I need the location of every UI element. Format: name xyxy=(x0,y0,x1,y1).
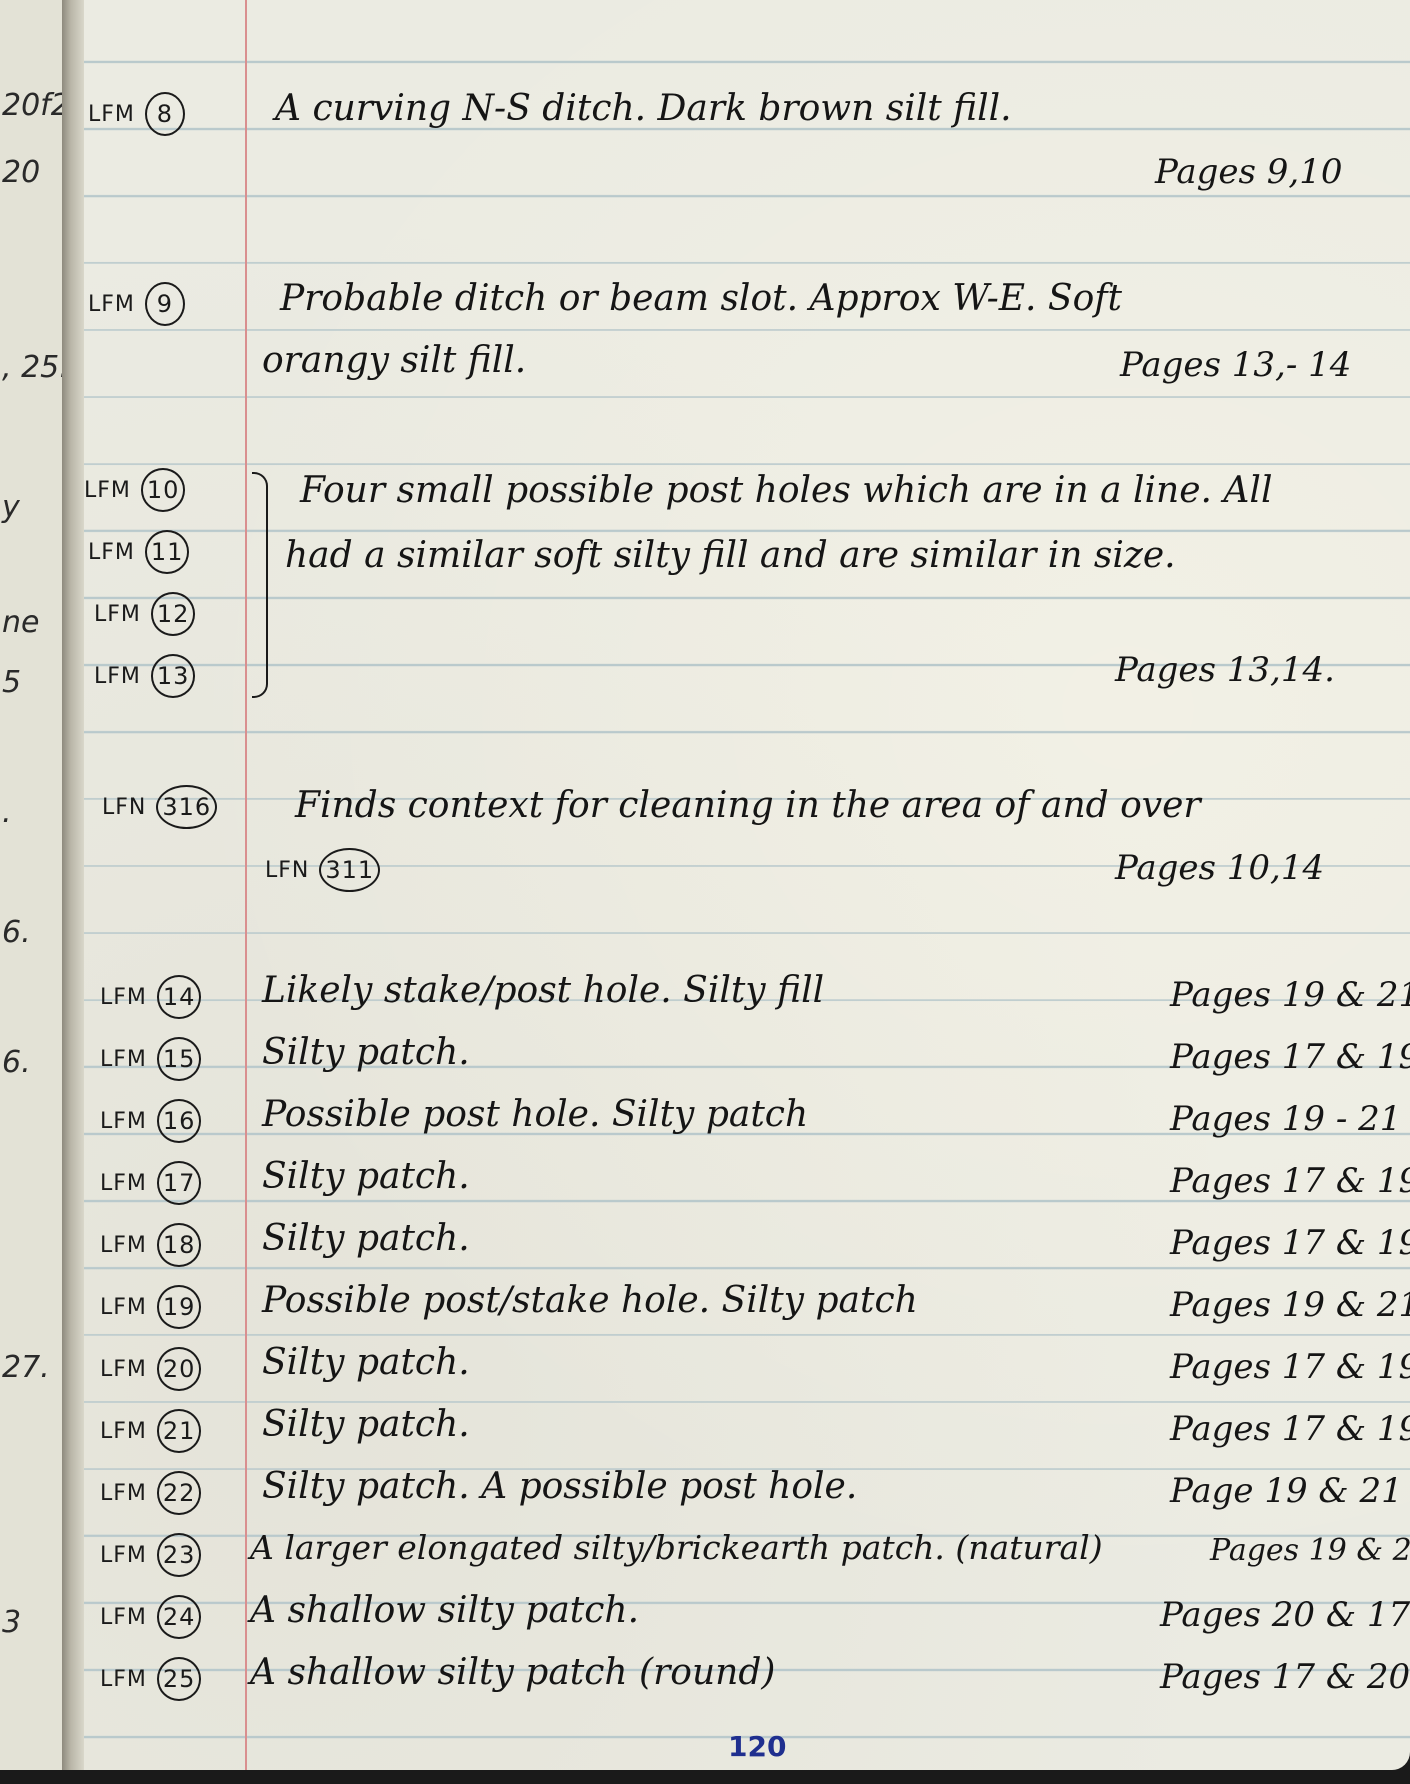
entry-pages: Pages 9,10 xyxy=(1155,152,1342,192)
entry-description: A larger elongated silty/brickearth patc… xyxy=(250,1528,1103,1567)
circled-number: 10 xyxy=(141,468,186,512)
circled-number: 23 xyxy=(157,1533,202,1577)
entry-pages: Pages 19 & 20 xyxy=(1210,1533,1410,1568)
circled-number: 16 xyxy=(157,1099,202,1143)
circled-number: 22 xyxy=(157,1471,202,1515)
notebook-page: 20f2 20 , 25. y ne 5 . 6. 6. 27. 3 LFM 8… xyxy=(0,0,1410,1770)
context-prefix: LFM xyxy=(94,602,141,627)
context-code: LFM 18 xyxy=(100,1223,201,1267)
previous-page-edge: 20f2 20 , 25. y ne 5 . 6. 6. 27. 3 xyxy=(0,0,68,1770)
circled-number: 311 xyxy=(319,848,380,892)
entry-description: A curving N-S ditch. Dark brown silt fil… xyxy=(275,88,1012,129)
context-prefix: LFM xyxy=(84,478,131,503)
context-code: LFM 22 xyxy=(100,1471,201,1515)
context-prefix: LFM xyxy=(100,1605,147,1630)
context-prefix: LFM xyxy=(100,1667,147,1692)
context-prefix: LFM xyxy=(100,1543,147,1568)
entry-pages: Pages 13,14. xyxy=(1115,650,1335,690)
bleed-text: 3 xyxy=(2,1605,21,1640)
circled-number: 8 xyxy=(145,92,185,136)
context-prefix: LFM xyxy=(100,1419,147,1444)
circled-number: 14 xyxy=(157,975,202,1019)
context-prefix: LFM xyxy=(100,1481,147,1506)
context-code: LFM 20 xyxy=(100,1347,201,1391)
circled-number: 11 xyxy=(145,530,190,574)
entry-pages: Pages 19 - 21 xyxy=(1170,1099,1401,1139)
entry-pages: Pages 19 & 21 xyxy=(1170,1285,1410,1325)
context-code: LFM 24 xyxy=(100,1595,201,1639)
circled-number: 18 xyxy=(157,1223,202,1267)
circled-number: 9 xyxy=(145,282,185,326)
context-code: LFN 316 xyxy=(102,785,217,829)
entry-description: Silty patch. A possible post hole. xyxy=(262,1466,857,1507)
context-prefix: LFN xyxy=(265,858,309,883)
bleed-text: , 25. xyxy=(2,350,68,385)
circled-number: 17 xyxy=(157,1161,202,1205)
bleed-text: 27. xyxy=(2,1350,50,1385)
entry-description: A shallow silty patch. xyxy=(250,1590,639,1631)
page-number: 120 xyxy=(728,1730,786,1763)
entry-description: Finds context for cleaning in the area o… xyxy=(295,785,1201,826)
context-code: LFM 19 xyxy=(100,1285,201,1329)
context-code: LFM 12 xyxy=(94,592,195,636)
entry-description: Silty patch. xyxy=(262,1404,470,1445)
entry-pages: Pages 19 & 21 xyxy=(1170,975,1410,1015)
red-margin-line xyxy=(245,0,247,1770)
bleed-text: ne xyxy=(2,605,39,640)
entry-pages: Page 19 & 21 xyxy=(1170,1471,1403,1511)
bleed-text: 20f2 xyxy=(2,88,68,123)
entry-pages: Pages 13,- 14 xyxy=(1120,345,1351,385)
entry-description: Possible post hole. Silty patch xyxy=(262,1094,808,1135)
bleed-text: 6. xyxy=(2,915,31,950)
context-code: LFM 14 xyxy=(100,975,201,1019)
entry-pages: Pages 17 & 19 xyxy=(1170,1409,1410,1449)
bleed-text: 20 xyxy=(2,155,40,190)
context-code-secondary: LFN 311 xyxy=(265,848,380,892)
context-prefix: LFN xyxy=(102,795,146,820)
entry-pages: Pages 17 & 19 xyxy=(1170,1347,1410,1387)
bleed-text: 6. xyxy=(2,1045,31,1080)
entry-description: A shallow silty patch (round) xyxy=(250,1652,775,1693)
entry-description: Possible post/stake hole. Silty patch xyxy=(262,1280,918,1321)
context-prefix: LFM xyxy=(88,102,135,127)
bleed-text: y xyxy=(2,490,20,525)
context-code: LFM 21 xyxy=(100,1409,201,1453)
context-prefix: LFM xyxy=(100,1047,147,1072)
circled-number: 13 xyxy=(151,654,196,698)
entry-pages: Pages 10,14 xyxy=(1115,848,1324,888)
context-code: LFM 8 xyxy=(88,92,185,136)
entry-description: Probable ditch or beam slot. Approx W-E.… xyxy=(280,278,1122,319)
context-code: LFM 25 xyxy=(100,1657,201,1701)
context-prefix: LFM xyxy=(88,540,135,565)
context-code: LFM 16 xyxy=(100,1099,201,1143)
context-prefix: LFM xyxy=(94,664,141,689)
bleed-text: . xyxy=(2,795,12,830)
entry-pages: Pages 17 & 19 xyxy=(1170,1037,1410,1077)
context-code: LFM 15 xyxy=(100,1037,201,1081)
context-prefix: LFM xyxy=(88,292,135,317)
entry-description: Silty patch. xyxy=(262,1342,470,1383)
binding-gutter xyxy=(62,0,84,1770)
entry-description: Silty patch. xyxy=(262,1032,470,1073)
entry-description: had a similar soft silty fill and are si… xyxy=(285,535,1176,576)
context-code: LFM 9 xyxy=(88,282,185,326)
circled-number: 12 xyxy=(151,592,196,636)
circled-number: 19 xyxy=(157,1285,202,1329)
context-code: LFM 10 xyxy=(84,468,185,512)
context-code: LFM 17 xyxy=(100,1161,201,1205)
context-code: LFM 11 xyxy=(88,530,189,574)
circled-number: 24 xyxy=(157,1595,202,1639)
entry-description: Likely stake/post hole. Silty fill xyxy=(262,970,824,1011)
context-prefix: LFM xyxy=(100,985,147,1010)
context-prefix: LFM xyxy=(100,1109,147,1134)
context-prefix: LFM xyxy=(100,1357,147,1382)
circled-number: 316 xyxy=(156,785,217,829)
circled-number: 15 xyxy=(157,1037,202,1081)
circled-number: 21 xyxy=(157,1409,202,1453)
context-prefix: LFM xyxy=(100,1295,147,1320)
entry-description: Silty patch. xyxy=(262,1156,470,1197)
circled-number: 20 xyxy=(157,1347,202,1391)
context-code: LFM 13 xyxy=(94,654,195,698)
context-prefix: LFM xyxy=(100,1171,147,1196)
grouping-brace xyxy=(252,472,268,698)
context-code: LFM 23 xyxy=(100,1533,201,1577)
bleed-text: 5 xyxy=(2,665,21,700)
context-prefix: LFM xyxy=(100,1233,147,1258)
entry-pages: Pages 17 & 19 xyxy=(1170,1223,1410,1263)
entry-pages: Pages 17 & 19 xyxy=(1170,1161,1410,1201)
entry-pages: Pages 17 & 20 xyxy=(1160,1657,1410,1697)
circled-number: 25 xyxy=(157,1657,202,1701)
entry-description: Four small possible post holes which are… xyxy=(300,470,1272,511)
entry-pages: Pages 20 & 17 xyxy=(1160,1595,1410,1635)
entry-description: orangy silt fill. xyxy=(262,340,526,381)
entry-description: Silty patch. xyxy=(262,1218,470,1259)
